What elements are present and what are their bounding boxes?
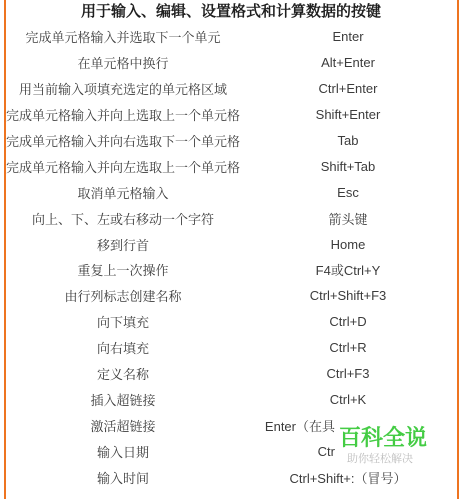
key-cell: 箭头键 (240, 209, 456, 228)
table-row: 由行列标志创建名称Ctrl+Shift+F3 (6, 283, 456, 309)
table-row: 完成单元格输入并向上选取上一个单元格Shift+Enter (6, 102, 456, 128)
table-row: 输入时间Ctrl+Shift+:（冒号） (6, 464, 456, 490)
key-cell: Ctrl+Shift+F3 (240, 288, 456, 303)
watermark-brand: 百科全说 (337, 427, 455, 449)
action-cell: 定义名称 (6, 364, 240, 383)
key-cell: Shift+Tab (240, 159, 456, 174)
key-cell: Alt+Enter (240, 55, 456, 70)
key-cell: Ctrl+D (240, 314, 456, 329)
action-cell: 由行列标志创建名称 (6, 286, 240, 305)
action-cell: 完成单元格输入并向右选取下一个单元格 (6, 131, 240, 150)
shortcuts-panel: 用于输入、编辑、设置格式和计算数据的按键 完成单元格输入并选取下一个单元Ente… (0, 0, 464, 499)
action-cell: 在单元格中换行 (6, 53, 240, 72)
action-cell: 输入日期 (6, 442, 240, 461)
action-cell: 完成单元格输入并向上选取上一个单元格 (6, 105, 240, 124)
action-cell: 取消单元格输入 (6, 183, 240, 202)
key-cell: Ctrl+Shift+:（冒号） (240, 468, 456, 487)
watermark: 百科全说 助你轻松解决 (337, 411, 455, 468)
key-cell: Enter (240, 29, 456, 44)
key-cell: Ctrl+R (240, 340, 456, 355)
table-row: 用当前输入项填充选定的单元格区域Ctrl+Enter (6, 76, 456, 102)
table-row: 取消单元格输入Esc (6, 179, 456, 205)
table-row: 完成单元格输入并选取下一个单元Enter (6, 24, 456, 50)
action-cell: 插入超链接 (6, 390, 240, 409)
action-cell: 向上、下、左或右移动一个字符 (6, 209, 240, 228)
table-row: 完成单元格输入并向左选取上一个单元格Shift+Tab (6, 153, 456, 179)
key-cell: Ctrl+Enter (240, 81, 456, 96)
table-row: 在单元格中换行Alt+Enter (6, 50, 456, 76)
action-cell: 完成单元格输入并向左选取上一个单元格 (6, 157, 240, 176)
key-cell: Ctrl+F3 (240, 366, 456, 381)
key-cell: Esc (240, 185, 456, 200)
action-cell: 向下填充 (6, 312, 240, 331)
action-cell: 向右填充 (6, 338, 240, 357)
key-cell: Shift+Enter (240, 107, 456, 122)
page-title: 用于输入、编辑、设置格式和计算数据的按键 (6, 0, 456, 24)
key-cell: Tab (240, 133, 456, 148)
action-cell: 重复上一次操作 (6, 260, 240, 279)
table-row: 向下填充Ctrl+D (6, 309, 456, 335)
watermark-tagline: 助你轻松解决 (337, 453, 455, 465)
table-row: 向右填充Ctrl+R (6, 335, 456, 361)
table-row: 重复上一次操作F4或Ctrl+Y (6, 257, 456, 283)
action-cell: 用当前输入项填充选定的单元格区域 (6, 79, 240, 98)
table-row: 移到行首Home (6, 231, 456, 257)
table-row: 定义名称Ctrl+F3 (6, 361, 456, 387)
table-row: 完成单元格输入并向右选取下一个单元格Tab (6, 128, 456, 154)
table-row: 插入超链接Ctrl+K (6, 386, 456, 412)
action-cell: 输入时间 (6, 468, 240, 487)
key-cell: Ctrl+K (240, 392, 456, 407)
action-cell: 完成单元格输入并选取下一个单元 (6, 27, 240, 46)
key-cell: Home (240, 237, 456, 252)
key-cell: F4或Ctrl+Y (240, 260, 456, 279)
action-cell: 移到行首 (6, 235, 240, 254)
action-cell: 激活超链接 (6, 416, 240, 435)
table-row: 向上、下、左或右移动一个字符箭头键 (6, 205, 456, 231)
